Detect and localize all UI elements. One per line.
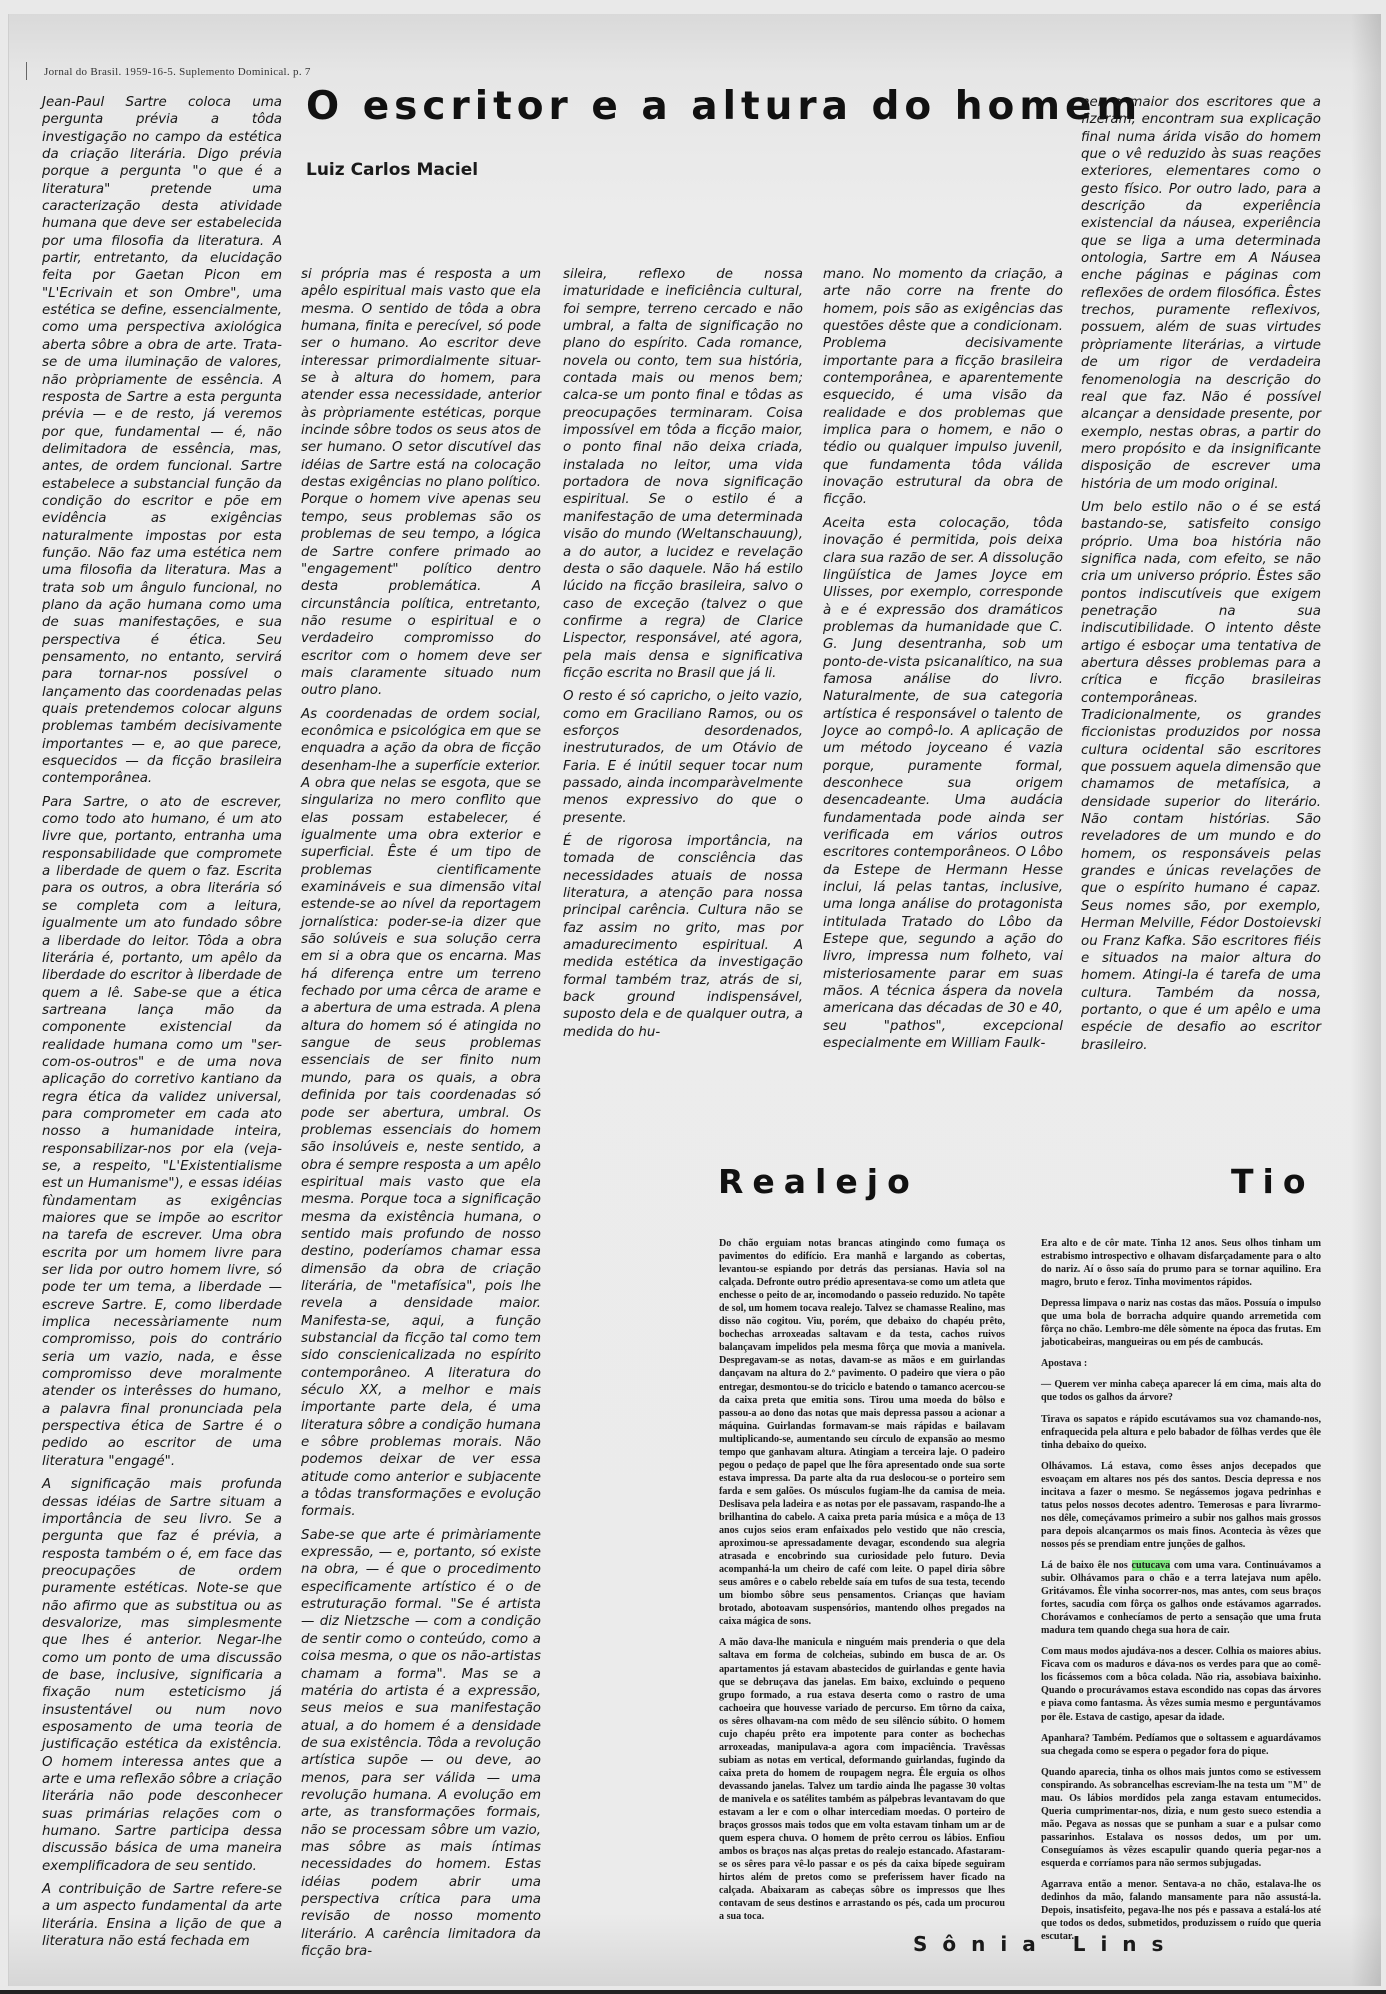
story-paragraph: Apanhara? Também. Pedíamos que o soltass… xyxy=(1041,1732,1321,1758)
stories-author: Sônia Lins xyxy=(913,1932,1178,1956)
article-paragraph: Sabe-se que arte é primàriamente express… xyxy=(301,1527,541,1961)
article-column-3: sileira, reflexo de nossa imaturidade e … xyxy=(563,266,803,1047)
article-byline: Luiz Carlos Maciel xyxy=(306,160,478,180)
story-paragraph: Era alto e de côr mate. Tinha 12 anos. S… xyxy=(1041,1237,1321,1289)
article-column-4: mano. No momento da criação, a arte não … xyxy=(823,266,1063,1058)
article-paragraph: Para Sartre, o ato de escrever, como tod… xyxy=(42,794,282,1470)
scan-bottom-edge xyxy=(0,1990,1386,1994)
story-paragraph: — Querem ver minha cabeça aparecer lá em… xyxy=(1041,1378,1321,1404)
story-title-tio: Tio xyxy=(1231,1162,1315,1201)
article-paragraph: si própria mas é resposta a um apêlo esp… xyxy=(301,266,541,700)
story-paragraph: Tirava os sapatos e rápido escutávamos s… xyxy=(1041,1413,1321,1452)
article-paragraph: A significação mais profunda dessas idéi… xyxy=(42,1476,282,1875)
story-title-realejo: Realejo xyxy=(718,1162,919,1201)
story-body-realejo: Do chão erguiam notas brancas atingindo … xyxy=(719,1237,1005,1931)
story-paragraph: Olhávamos. Lá estava, como êsses anjos d… xyxy=(1041,1460,1321,1551)
page-citation: Jornal do Brasil. 1959-16-5. Suplemento … xyxy=(44,66,311,78)
story-paragraph: A mão dava-lhe manicula e ninguém mais p… xyxy=(719,1636,1005,1923)
article-title: O escritor e a altura do homem xyxy=(306,84,1142,129)
article-paragraph: O resto é só capricho, o jeito vazio, co… xyxy=(563,688,803,827)
article-column-1: Jean-Paul Sartre coloca uma pergunta pré… xyxy=(42,94,282,1956)
article-paragraph: É de rigorosa importância, na tomada de … xyxy=(563,833,803,1041)
article-paragraph: Um belo estilo não o é se está bastando-… xyxy=(1081,499,1321,1054)
story-paragraph: Com maus modos ajudáva-nos a descer. Col… xyxy=(1041,1645,1321,1723)
article-paragraph: sileira, reflexo de nossa imaturidade e … xyxy=(563,266,803,682)
article-paragraph: Jean-Paul Sartre coloca uma pergunta pré… xyxy=(42,94,282,788)
article-paragraph: mano. No momento da criação, a arte não … xyxy=(823,266,1063,509)
article-paragraph: Aceita esta colocação, tôda inovação é p… xyxy=(823,515,1063,1053)
article-paragraph: A contribuição de Sartre refere-se a um … xyxy=(42,1881,282,1950)
story-paragraph: Apostava : xyxy=(1041,1357,1321,1370)
article-paragraph: ner, o maior dos escritores que a fizera… xyxy=(1081,94,1321,493)
article-column-2: si própria mas é resposta a um apêlo esp… xyxy=(301,266,541,1966)
story-paragraph: Do chão erguiam notas brancas atingindo … xyxy=(719,1237,1005,1628)
header-margin-mark xyxy=(26,62,27,80)
article-paragraph: As coordenadas de ordem social, econômic… xyxy=(301,706,541,1521)
highlighted-word: cutucava xyxy=(1132,1560,1171,1571)
story-body-tio: Era alto e de côr mate. Tinha 12 anos. S… xyxy=(1041,1237,1321,1951)
story-paragraph: Depressa limpava o nariz nas costas das … xyxy=(1041,1297,1321,1349)
story-paragraph: Lá de baixo êle nos cutucava com uma var… xyxy=(1041,1559,1321,1637)
story-paragraph: Quando aparecia, tinha os olhos mais jun… xyxy=(1041,1766,1321,1870)
article-column-5: ner, o maior dos escritores que a fizera… xyxy=(1081,94,1321,1060)
